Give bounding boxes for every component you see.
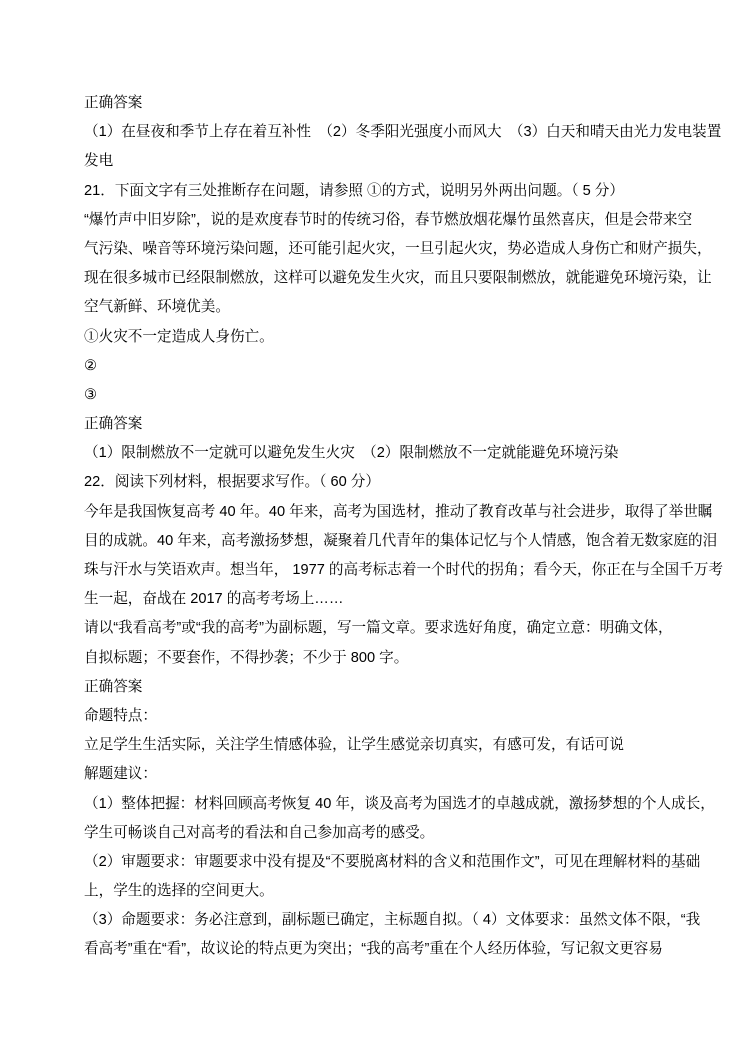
q22-material-line-2: 目的成就。40 年来，高考激扬梦想，凝聚着几代青年的集体记忆与个人情感，饱含着无… bbox=[84, 527, 683, 556]
q21-blank-inference-2: ② bbox=[84, 352, 683, 381]
q21-blank-inference-3: ③ bbox=[84, 381, 683, 410]
q22-requirements-line-1: 请以“我看高考”或“我的高考”为副标题，写一篇文章。要求选好角度，确定立意：明确… bbox=[84, 614, 683, 643]
suggestion-1-line-2: 学生可畅谈自己对高考的看法和自己参加高考的感受。 bbox=[84, 819, 683, 848]
q21-passage-line-3: 现在很多城市已经限制燃放，这样可以避免发生火灾，而且只要限制燃放，就能避免环境污… bbox=[84, 264, 683, 293]
question-22-prompt: 22．阅读下列材料，根据要求写作。（ 60 分） bbox=[84, 468, 683, 497]
q21-example-inference-1: ①火灾不一定造成人身伤亡。 bbox=[84, 323, 683, 352]
answer-q21: （1）限制燃放不一定就可以避免发生火灾 （2）限制燃放不一定就能避免环境污染 bbox=[84, 439, 683, 468]
q21-passage-line-2: 气污染、噪音等环境污染问题，还可能引起火灾，一旦引起火灾，势必造成人身伤亡和财产… bbox=[84, 235, 683, 264]
suggestion-3-4-line-1: （3）命题要求：务必注意到，副标题已确定，主标题自拟。（ 4）文体要求：虽然文体… bbox=[84, 906, 683, 935]
q22-material-line-3: 珠与汗水与笑语欢声。想当年， 1977 的高考标志着一个时代的拐角；看今天，你正… bbox=[84, 556, 683, 585]
q21-passage-line-1: “爆竹声中旧岁除”，说的是欢度春节时的传统习俗，春节燃放烟花爆竹虽然喜庆，但是会… bbox=[84, 206, 683, 235]
answer-q20-line-1: （1）在昼夜和季节上存在着互补性 （2）冬季阳光强度小而风大 （3）白天和晴天由… bbox=[84, 118, 683, 147]
correct-answer-label: 正确答案 bbox=[84, 89, 683, 118]
proposition-features-label: 命题特点： bbox=[84, 702, 683, 731]
q21-passage-line-4: 空气新鲜、环境优美。 bbox=[84, 293, 683, 322]
suggestion-1-line-1: （1）整体把握：材料回顾高考恢复 40 年，谈及高考为国选才的卓越成就，激扬梦想… bbox=[84, 790, 683, 819]
suggestion-2-line-2: 上，学生的选择的空间更大。 bbox=[84, 877, 683, 906]
question-21-prompt: 21．下面文字有三处推断存在问题，请参照 ①的方式，说明另外两出问题。（ 5 分… bbox=[84, 177, 683, 206]
suggestion-2-line-1: （2）审题要求：审题要求中没有提及“不要脱离材料的含义和范围作文”，可见在理解材… bbox=[84, 848, 683, 877]
q22-material-line-1: 今年是我国恢复高考 40 年。40 年来，高考为国选材，推动了教育改革与社会进步… bbox=[84, 498, 683, 527]
q22-requirements-line-2: 自拟标题；不要套作，不得抄袭；不少于 800 字。 bbox=[84, 644, 683, 673]
correct-answer-label: 正确答案 bbox=[84, 673, 683, 702]
suggestion-3-4-line-2: 看高考”重在“看”，故议论的特点更为突出；“我的高考”重在个人经历体验，写记叙文… bbox=[84, 935, 683, 964]
answer-q20-line-2: 发电 bbox=[84, 147, 683, 176]
proposition-features-text: 立足学生生活实际，关注学生情感体验，让学生感觉亲切真实，有感可发，有话可说 bbox=[84, 731, 683, 760]
q22-material-line-4: 生一起，奋战在 2017 的高考考场上…… bbox=[84, 585, 683, 614]
correct-answer-label: 正确答案 bbox=[84, 410, 683, 439]
solving-suggestions-label: 解题建议： bbox=[84, 760, 683, 789]
document-page: 正确答案 （1）在昼夜和季节上存在着互补性 （2）冬季阳光强度小而风大 （3）白… bbox=[0, 0, 741, 1049]
